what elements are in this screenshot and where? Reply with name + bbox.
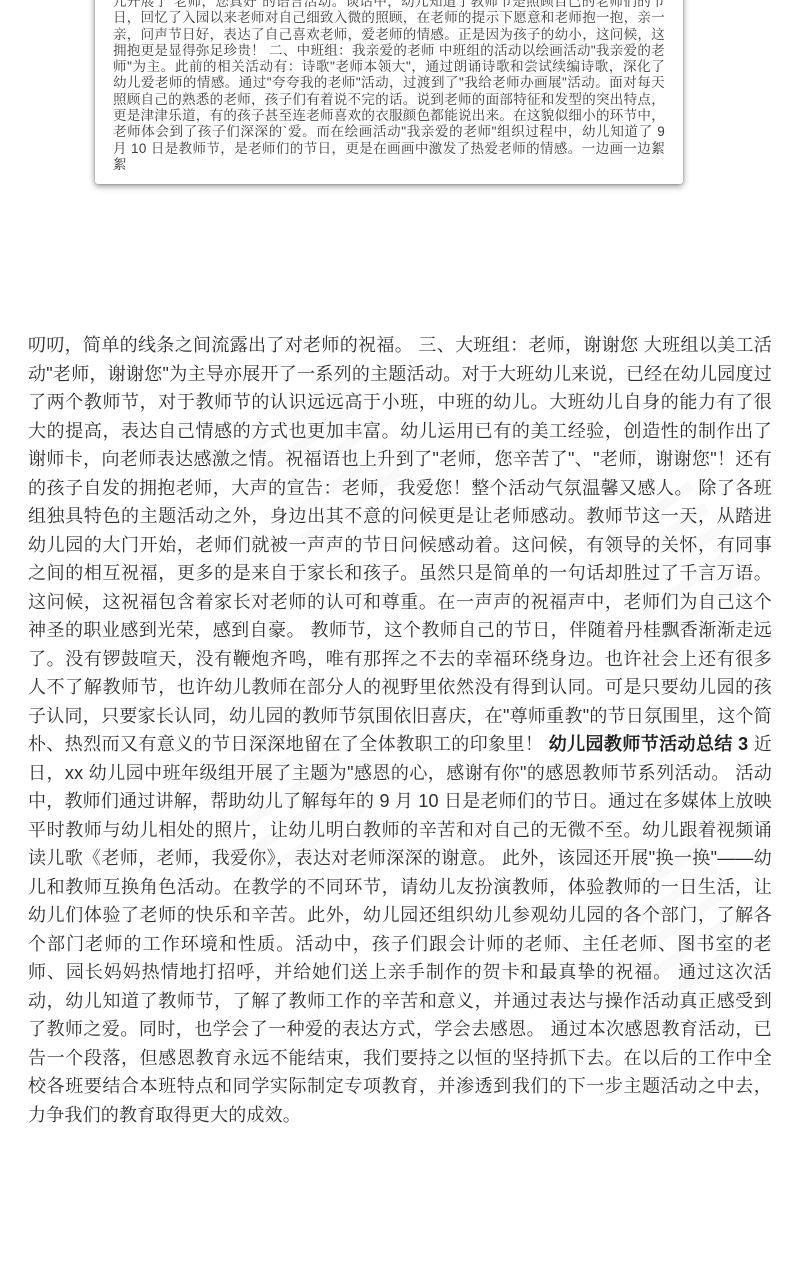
article-text-part1: 叨叨，简单的线条之间流露出了对老师的祝福。 三、大班组：老师，谢谢您 大班组以美… xyxy=(28,335,772,754)
document-page-preview-card[interactable]: 儿开展了"老师，您真好"的语言活动。谈话中，幼儿知道了教师节是照顾自己的老师们的… xyxy=(95,0,683,184)
document-preview-page: { "page": { "background": "#ffffff" }, "… xyxy=(0,0,800,1278)
preview-page-text: 儿开展了"老师，您真好"的语言活动。谈话中，幼儿知道了教师节是照顾自己的老师们的… xyxy=(113,0,665,173)
article-section-heading: 幼儿园教师节活动总结 3 xyxy=(549,734,749,754)
article-body: 叨叨，简单的线条之间流露出了对老师的祝福。 三、大班组：老师，谢谢您 大班组以美… xyxy=(28,331,772,1129)
article-paragraph: 叨叨，简单的线条之间流露出了对老师的祝福。 三、大班组：老师，谢谢您 大班组以美… xyxy=(28,331,772,1129)
article-text-part2: 近日，xx 幼儿园中班年级组开展了主题为"感恩的心，感谢有你"的感恩教师节系列活… xyxy=(28,734,772,1125)
